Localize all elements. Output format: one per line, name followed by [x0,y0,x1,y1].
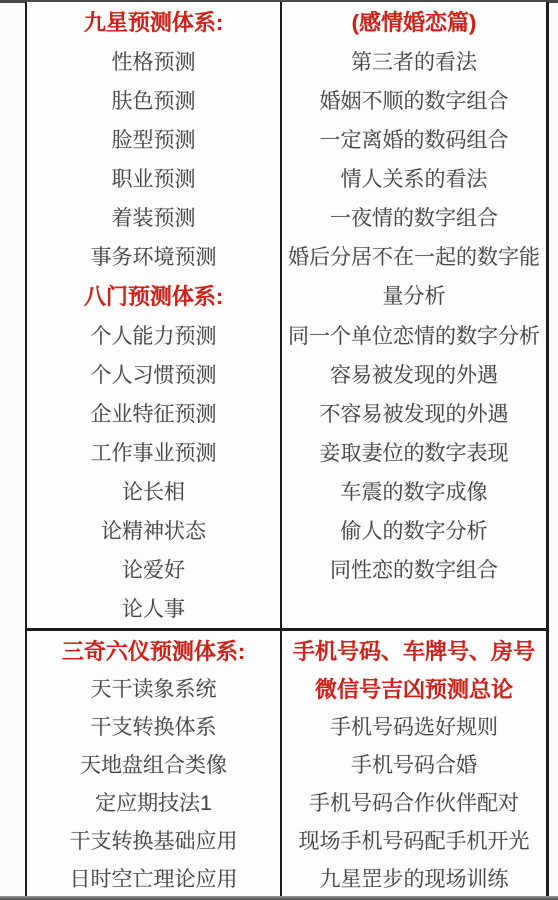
table-row: 肤色预测 婚姻不顺的数字组合 [27,80,546,119]
right-item-empty [282,589,546,628]
left-item: 论长相 [27,472,282,511]
right-item: 同一个单位恋情的数字分析 [282,315,546,354]
left-item: 肤色预测 [27,80,282,119]
section-header-romance: (感情婚恋篇) [282,2,546,41]
left-item: 论爱好 [27,550,282,589]
right-item-wrapped-line2: 量分析 [282,276,546,315]
left-item: 事务环境预测 [27,237,282,276]
right-item: 容易被发现的外遇 [282,354,546,393]
left-item: 个人习惯预测 [27,354,282,393]
left-item: 论精神状态 [27,511,282,550]
right-item: 手机号码合婚 [282,745,546,783]
right-item: 不容易被发现的外遇 [282,393,546,432]
right-item: 情人关系的看法 [282,159,546,198]
table-row: 天干读象系统 微信号吉凶预测总论 [27,669,546,707]
right-item: 现场手机号码配手机开光 [282,821,546,859]
table-row: 性格预测 第三者的看法 [27,41,546,80]
left-item: 企业特征预测 [27,393,282,432]
table-row: 九星预测体系: (感情婚恋篇) [27,2,546,41]
left-item: 天地盘组合类像 [27,745,282,783]
right-item-wrapped-line1: 婚后分居不在一起的数字能 [282,237,546,276]
right-item: 一夜情的数字组合 [282,198,546,237]
right-item: 第三者的看法 [282,41,546,80]
table-row: 天地盘组合类像 手机号码合婚 [27,745,546,783]
section-header-eight-gates: 八门预测体系: [27,276,282,315]
left-item: 干支转换体系 [27,707,282,745]
section-bottom: 三奇六仪预测体系: 手机号码、车牌号、房号 天干读象系统 微信号吉凶预测总论 干… [27,628,546,897]
left-item: 职业预测 [27,159,282,198]
table-row: 论爱好 同性恋的数字组合 [27,550,546,589]
table-row: 着装预测 一夜情的数字组合 [27,198,546,237]
table-row: 工作事业预测 妾取妻位的数字表现 [27,432,546,471]
right-item: 妾取妻位的数字表现 [282,432,546,471]
left-item: 着装预测 [27,198,282,237]
table-row: 三奇六仪预测体系: 手机号码、车牌号、房号 [27,631,546,669]
photo-bottom-edge [0,896,558,900]
table-row: 个人能力预测 同一个单位恋情的数字分析 [27,315,546,354]
course-table: 九星预测体系: (感情婚恋篇) 性格预测 第三者的看法 肤色预测 婚姻不顺的数字… [25,2,549,896]
table-row: 干支转换体系 手机号码选好规则 [27,707,546,745]
left-item: 日时空亡理论应用 [27,859,282,897]
table-row: 日时空亡理论应用 九星罡步的现场训练 [27,859,546,897]
section-header-nine-star: 九星预测体系: [27,2,282,41]
left-item: 天干读象系统 [27,669,282,707]
table-row: 事务环境预测 婚后分居不在一起的数字能 [27,237,546,276]
syllabus-photo-page: 九星预测体系: (感情婚恋篇) 性格预测 第三者的看法 肤色预测 婚姻不顺的数字… [0,0,558,900]
section-header-phone-line2: 微信号吉凶预测总论 [282,669,546,707]
left-item: 性格预测 [27,41,282,80]
table-row: 定应期技法1 手机号码合作伙伴配对 [27,783,546,821]
table-row: 论精神状态 偷人的数字分析 [27,511,546,550]
section-header-phone-line1: 手机号码、车牌号、房号 [282,631,546,669]
right-item: 婚姻不顺的数字组合 [282,80,546,119]
section-top: 九星预测体系: (感情婚恋篇) 性格预测 第三者的看法 肤色预测 婚姻不顺的数字… [27,2,546,628]
table-row: 干支转换基础应用 现场手机号码配手机开光 [27,821,546,859]
left-item: 干支转换基础应用 [27,821,282,859]
left-item: 定应期技法1 [27,783,282,821]
table-row: 企业特征预测 不容易被发现的外遇 [27,393,546,432]
left-item: 工作事业预测 [27,432,282,471]
table-row: 个人习惯预测 容易被发现的外遇 [27,354,546,393]
right-item: 一定离婚的数码组合 [282,119,546,158]
right-item: 手机号码合作伙伴配对 [282,783,546,821]
table-row: 八门预测体系: 量分析 [27,276,546,315]
table-row: 职业预测 情人关系的看法 [27,159,546,198]
left-item: 个人能力预测 [27,315,282,354]
table-row: 论长相 车震的数字成像 [27,472,546,511]
right-item: 车震的数字成像 [282,472,546,511]
table-row: 脸型预测 一定离婚的数码组合 [27,119,546,158]
section-header-sanqi-liuyi: 三奇六仪预测体系: [27,631,282,669]
left-item: 脸型预测 [27,119,282,158]
right-item: 偷人的数字分析 [282,511,546,550]
right-item: 同性恋的数字组合 [282,550,546,589]
table-row: 论人事 [27,589,546,628]
right-item: 九星罡步的现场训练 [282,859,546,897]
left-item: 论人事 [27,589,282,628]
right-item: 手机号码选好规则 [282,707,546,745]
